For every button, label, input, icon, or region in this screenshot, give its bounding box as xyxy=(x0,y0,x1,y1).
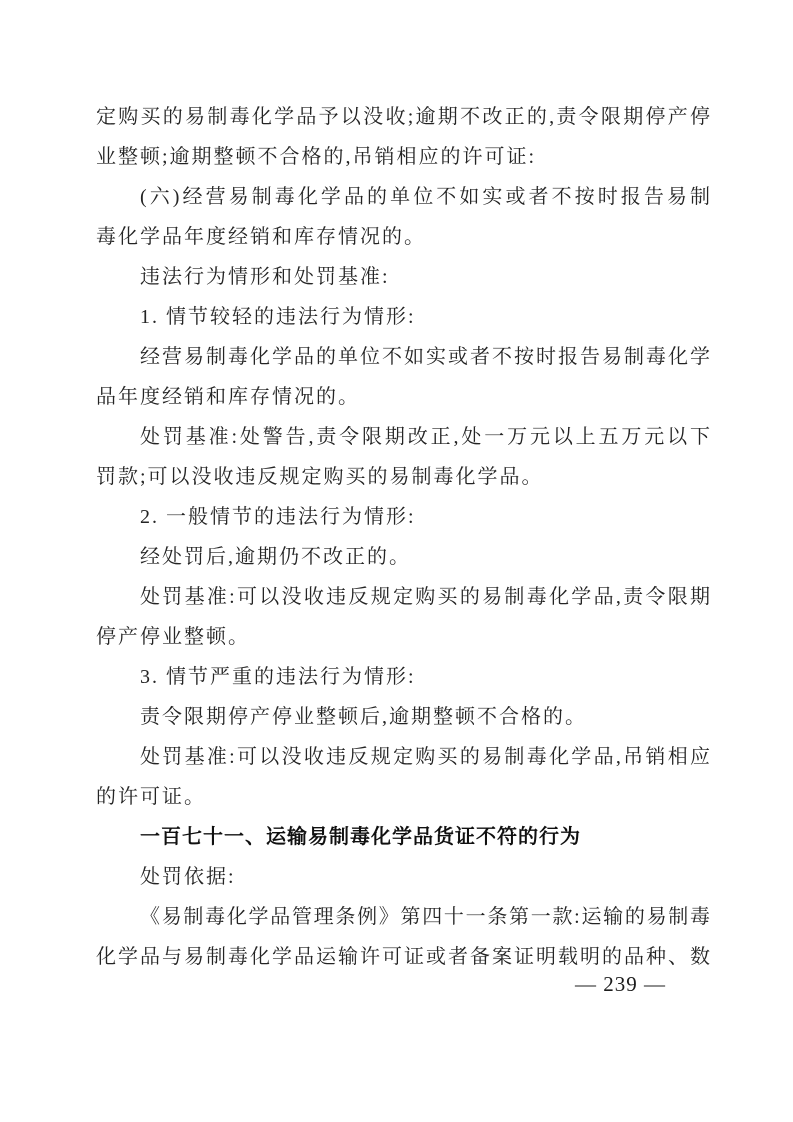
text-line: 经处罚后,逾期仍不改正的。 xyxy=(96,537,710,577)
text-line: 处罚基准:可以没收违反规定购买的易制毒化学品,责令限期 xyxy=(96,577,710,617)
text-line: (六)经营易制毒化学品的单位不如实或者不按时报告易制 xyxy=(96,177,710,217)
text-line: 停产停业整顿。 xyxy=(96,617,710,657)
text-line: 违法行为情形和处罚基准: xyxy=(96,257,710,297)
text-line: 3. 情节严重的违法行为情形: xyxy=(96,657,710,697)
text-line: 《易制毒化学品管理条例》第四十一条第一款:运输的易制毒 xyxy=(96,897,710,937)
text-line: 责令限期停产停业整顿后,逾期整顿不合格的。 xyxy=(96,697,710,737)
text-line: 的许可证。 xyxy=(96,777,710,817)
text-line: 毒化学品年度经销和库存情况的。 xyxy=(96,217,710,257)
text-line: 品年度经销和库存情况的。 xyxy=(96,377,710,417)
page-number: — 239 — xyxy=(96,968,710,1000)
text-lines: 定购买的易制毒化学品予以没收;逾期不改正的,责令限期停产停业整顿;逾期整顿不合格… xyxy=(96,97,710,977)
text-line: 经营易制毒化学品的单位不如实或者不按时报告易制毒化学 xyxy=(96,337,710,377)
text-line: 定购买的易制毒化学品予以没收;逾期不改正的,责令限期停产停 xyxy=(96,97,710,137)
text-line: 罚款;可以没收违反规定购买的易制毒化学品。 xyxy=(96,457,710,497)
text-line: 处罚依据: xyxy=(96,857,710,897)
text-line: 2. 一般情节的违法行为情形: xyxy=(96,497,710,537)
text-line: 处罚基准:处警告,责令限期改正,处一万元以上五万元以下 xyxy=(96,417,710,457)
text-line: 处罚基准:可以没收违反规定购买的易制毒化学品,吊销相应 xyxy=(96,737,710,777)
section-heading: 一百七十一、运输易制毒化学品货证不符的行为 xyxy=(96,817,710,857)
text-line: 业整顿;逾期整顿不合格的,吊销相应的许可证: xyxy=(96,137,710,177)
document-page: 定购买的易制毒化学品予以没收;逾期不改正的,责令限期停产停业整顿;逾期整顿不合格… xyxy=(0,0,793,1122)
text-line: 1. 情节较轻的违法行为情形: xyxy=(96,297,710,337)
